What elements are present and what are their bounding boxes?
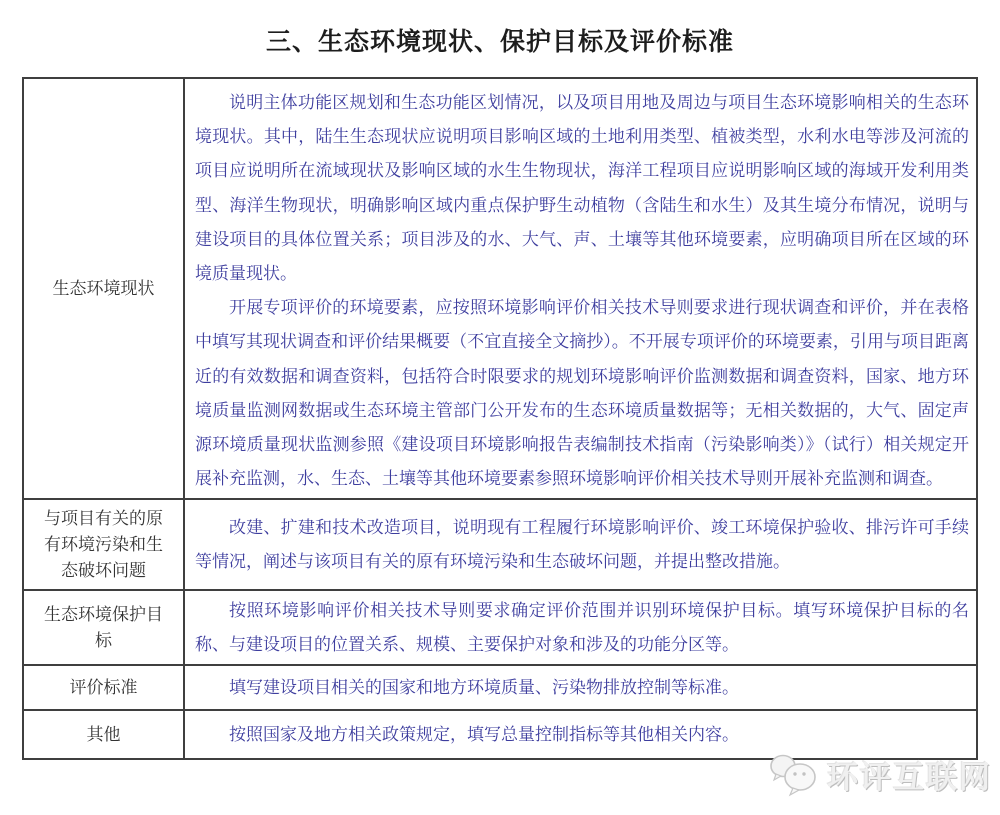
page-title: 三、生态环境现状、保护目标及评价标准 (0, 0, 1000, 58)
paragraph: 按照国家及地方相关政策规定，填写总量控制指标等其他相关内容。 (195, 724, 969, 746)
document-page: 三、生态环境现状、保护目标及评价标准 生态环境现状 说明主体功能区规划和生态功能… (0, 0, 1000, 815)
row-label-evaluation-standards: 评价标准 (23, 665, 184, 710)
spec-table: 生态环境现状 说明主体功能区规划和生态功能区划情况，以及项目用地及周边与项目生态… (22, 77, 978, 760)
table-row: 与项目有关的原有环境污染和生态破坏问题 改建、扩建和技术改造项目，说明现有工程履… (23, 499, 977, 590)
paragraph: 说明主体功能区规划和生态功能区划情况，以及项目用地及周边与项目生态环境影响相关的… (195, 86, 969, 291)
chat-bubbles-icon (769, 753, 821, 797)
row-label-eco-status: 生态环境现状 (23, 78, 184, 499)
row-content-protection-targets: 按照环境影响评价相关技术导则要求确定评价范围并识别环境保护目标。填写环境保护目标… (184, 590, 977, 665)
row-content-existing-pollution: 改建、扩建和技术改造项目，说明现有工程履行环境影响评价、竣工环境保护验收、排污许… (184, 499, 977, 590)
watermark-brand: 环评互联网 (769, 752, 992, 797)
row-label-other: 其他 (23, 710, 184, 759)
paragraph: 按照环境影响评价相关技术导则要求确定评价范围并识别环境保护目标。填写环境保护目标… (195, 594, 969, 662)
brand-name: 环评互联网 (827, 752, 992, 797)
row-content-evaluation-standards: 填写建设项目相关的国家和地方环境质量、污染物排放控制等标准。 (184, 665, 977, 710)
paragraph: 填写建设项目相关的国家和地方环境质量、污染物排放控制等标准。 (195, 677, 969, 699)
row-content-eco-status: 说明主体功能区规划和生态功能区划情况，以及项目用地及周边与项目生态环境影响相关的… (184, 78, 977, 499)
row-label-protection-targets: 生态环境保护目标 (23, 590, 184, 665)
paragraph: 开展专项评价的环境要素，应按照环境影响评价相关技术导则要求进行现状调查和评价，并… (195, 291, 969, 496)
table-row: 生态环境现状 说明主体功能区规划和生态功能区划情况，以及项目用地及周边与项目生态… (23, 78, 977, 499)
paragraph: 改建、扩建和技术改造项目，说明现有工程履行环境影响评价、竣工环境保护验收、排污许… (195, 511, 969, 579)
row-label-existing-pollution: 与项目有关的原有环境污染和生态破坏问题 (23, 499, 184, 590)
table-row: 生态环境保护目标 按照环境影响评价相关技术导则要求确定评价范围并识别环境保护目标… (23, 590, 977, 665)
table-row: 评价标准 填写建设项目相关的国家和地方环境质量、污染物排放控制等标准。 (23, 665, 977, 710)
